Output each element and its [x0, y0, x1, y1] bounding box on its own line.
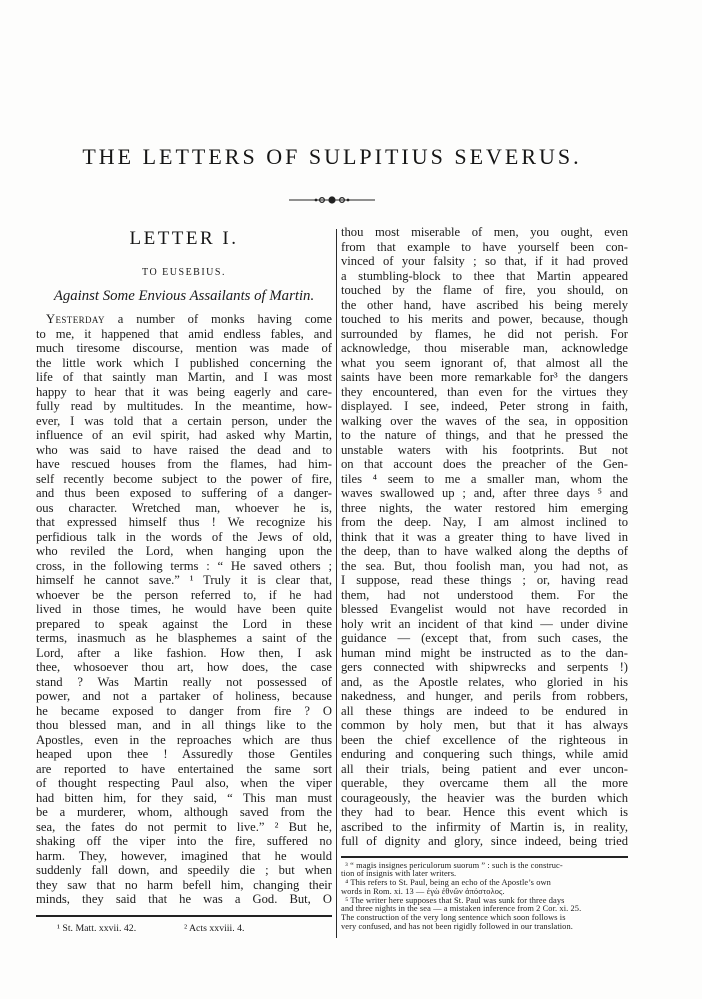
text-line: thou most miserable of men, you ought, e… — [341, 225, 628, 240]
text-line: what you seem ignorant of, that almost a… — [341, 356, 628, 371]
text-line: minds, they said that he was a God. But,… — [36, 892, 332, 907]
text-line: sea, the fates do not permit to live.” ²… — [36, 820, 332, 835]
text-line: three nights, the water restored him eme… — [341, 501, 628, 516]
text-line: power, and not a partaker of holiness, b… — [36, 689, 332, 704]
footnote-line: tion of insignis with later writers. — [341, 870, 628, 879]
text-line: thou blessed man, and in all things like… — [36, 718, 332, 733]
text-line: from the deep. Nay, I am almost inclined… — [341, 515, 628, 530]
text-line: who was said to have raised the dead and… — [36, 443, 332, 458]
left-body-text: Yesterday a number of monks having come … — [36, 312, 332, 907]
left-body-lines: to me, it happened that amid endless fab… — [36, 327, 332, 907]
text-line: had bitten him, for they said, “ This ma… — [36, 791, 332, 806]
text-line: lived in those times, he would have been… — [36, 602, 332, 617]
footnote-line: and three nights in the sea — a mistaken… — [341, 905, 628, 914]
fleuron-divider-icon — [36, 194, 628, 206]
text-line: vinced of your falsity ; so that, if it … — [341, 254, 628, 269]
text-line: that expressed himself thus ! We recogni… — [36, 515, 332, 530]
text-line: blessed Evangelist would not have record… — [341, 602, 628, 617]
text-line: whoever be the person referred to, if he… — [36, 588, 332, 603]
letter-heading: LETTER I. — [36, 228, 332, 250]
left-footnotes: ¹ St. Matt. xxvii. 42. ² Acts xxviii. 4. — [36, 923, 332, 935]
text-line: touched to his merits and power, because… — [341, 312, 628, 327]
book-page: THE LETTERS OF SULPITIUS SEVERUS. LETTER… — [0, 0, 702, 999]
text-line: I suppose, read these things ; or, havin… — [341, 573, 628, 588]
text-line-first: Yesterday a number of monks having come — [36, 312, 332, 327]
text-line: holy writ an incident of that kind — und… — [341, 617, 628, 632]
text-line: on that account does the preacher of the… — [341, 457, 628, 472]
column-divider — [336, 229, 337, 938]
footnote-line: The construction of the very long senten… — [341, 914, 628, 923]
footnote-1: ¹ St. Matt. xxvii. 42. — [57, 923, 136, 935]
text-line: and thus been exposed to suffering of a … — [36, 486, 332, 501]
text-line: a stumbling-block to thee that Martin ap… — [341, 269, 628, 284]
footnote-2: ² Acts xxviii. 4. — [184, 923, 244, 935]
text-line: heaped upon thee ! Assuredly those Genti… — [36, 747, 332, 762]
footnote-line: words in Rom. xi. 13 — ἐγὼ ἐθνῶν ἀπόστολ… — [341, 888, 628, 897]
text-line: guidance — (except that, from such cases… — [341, 631, 628, 646]
text-line: think that it was a greater thing to hav… — [341, 530, 628, 545]
text-line: are reported to have entertained the sam… — [36, 762, 332, 777]
text-line: be a murderer, whom, although saved from… — [36, 805, 332, 820]
text-line: from that example to have yourself been … — [341, 240, 628, 255]
text-line: have rescued houses from the flames, had… — [36, 457, 332, 472]
text-line: ascribed to the infirmity of Martin is, … — [341, 820, 628, 835]
letter-addressee: TO EUSEBIUS. — [36, 267, 332, 278]
text-line: to me, it happened that amid endless fab… — [36, 327, 332, 342]
text-line: all these things are indeed to be endure… — [341, 704, 628, 719]
text-line: walking over the waves of the sea, in op… — [341, 414, 628, 429]
text-line: displayed. I see, indeed, Peter strong i… — [341, 399, 628, 414]
text-line: perfidious talk in the words of the Jews… — [36, 530, 332, 545]
footnote-line: ³ “ magis insignes periculorum suorum ” … — [341, 862, 628, 871]
text-line: acknowledge, thou miserable man, acknowl… — [341, 341, 628, 356]
text-line: gers connected with shipwrecks and serpe… — [341, 660, 628, 675]
text-line: ever, I was told that a certain person, … — [36, 414, 332, 429]
text-line: waves swallowed up ; and, after three da… — [341, 486, 628, 501]
text-line: them, had not understood them. For the — [341, 588, 628, 603]
text-line: saints have been more remarkable for³ th… — [341, 370, 628, 385]
left-column: LETTER I. TO EUSEBIUS. Against Some Envi… — [36, 228, 332, 935]
text-line: to the nature of things, and that he pre… — [341, 428, 628, 443]
text-line: Apostles, even in the reproaches which a… — [36, 733, 332, 748]
text-line: stand ? Was Martin really not possessed … — [36, 675, 332, 690]
text-line: nakedness, and hunger, and perils from r… — [341, 689, 628, 704]
text-line: they had to bear. Hence this event which… — [341, 805, 628, 820]
letter-subtitle: Against Some Envious Assailants of Marti… — [36, 288, 332, 305]
text-line: the deep, than to have walked along the … — [341, 544, 628, 559]
text-line: they encountered, than even for the virt… — [341, 385, 628, 400]
text-line: much tiresome discourse, mention was mad… — [36, 341, 332, 356]
text-line: human mind might be instructed as to the… — [341, 646, 628, 661]
text-line: touched by the flame of fire, you should… — [341, 283, 628, 298]
text-line: harm. They, however, imagined that he wo… — [36, 849, 332, 864]
footnote-line: ⁵ The writer here supposes that St. Paul… — [341, 897, 628, 906]
text-line: Lord, after a like fashion. How then, I … — [36, 646, 332, 661]
right-body-lines: thou most miserable of men, you ought, e… — [341, 225, 628, 849]
text-line: prepared to speak against the Lord in th… — [36, 617, 332, 632]
text-line: terms, inasmuch as he blasphemes a saint… — [36, 631, 332, 646]
first-line-rest: a number of monks having come — [105, 312, 332, 326]
text-line: ous character. Wretched man, whoever he … — [36, 501, 332, 516]
text-line: all their trials, being patient and ever… — [341, 762, 628, 777]
text-line: he became exposed to danger from fire ? … — [36, 704, 332, 719]
lead-word: Yesterday — [46, 312, 105, 326]
text-line: querable, they overcame them all the mor… — [341, 776, 628, 791]
text-line: happy to hear that it was being eagerly … — [36, 385, 332, 400]
text-line: common by holy men, but that it has alwa… — [341, 718, 628, 733]
text-line: courageously, the heavier was the burden… — [341, 791, 628, 806]
text-line: thee, whosoever thou art, how does, the … — [36, 660, 332, 675]
footnote-line: ⁴ This refers to St. Paul, being an echo… — [341, 879, 628, 888]
right-footnote-rule — [341, 856, 628, 858]
text-line: tiles ⁴ seem to me a smaller man, whom t… — [341, 472, 628, 487]
right-column: thou most miserable of men, you ought, e… — [341, 225, 628, 932]
text-line: suddenly fall down, and speedily die ; b… — [36, 863, 332, 878]
text-line: surrounded by flames, he did not perish.… — [341, 327, 628, 342]
text-line: of thought respecting Paul also, when th… — [36, 776, 332, 791]
text-line: the other hand, have ascribed his being … — [341, 298, 628, 313]
text-line: who reviled the Lord, when hanging upon … — [36, 544, 332, 559]
text-line: influence of an evil spirit, had asked w… — [36, 428, 332, 443]
text-line: enduring and conquering such things, whi… — [341, 747, 628, 762]
text-line: and, as the Apostle relates, who gloried… — [341, 675, 628, 690]
text-line: the little work which I published concer… — [36, 356, 332, 371]
text-line: been the chief excellence of the righteo… — [341, 733, 628, 748]
text-line: fully read by multitudes. In the meantim… — [36, 399, 332, 414]
text-line: himself he cannot save.” ¹ Truly it is c… — [36, 573, 332, 588]
text-line: cross, in the following terms : “ He sav… — [36, 559, 332, 574]
left-footnote-rule — [36, 915, 332, 917]
footnote-line: very confused, and has not been rigidly … — [341, 923, 628, 932]
text-line: self recently become subject to the powe… — [36, 472, 332, 487]
page-title: THE LETTERS OF SULPITIUS SEVERUS. — [36, 144, 628, 170]
text-line: they saw that no harm befell him, changi… — [36, 878, 332, 893]
text-line: life of that saintly man Martin, and I w… — [36, 370, 332, 385]
text-line: full of dignity and glory, since indeed,… — [341, 834, 628, 849]
text-line: the sea. But, thou foolish man, you had … — [341, 559, 628, 574]
text-line: shaking off the viper into the fire, suf… — [36, 834, 332, 849]
text-line: unstable waters with his footprints. But… — [341, 443, 628, 458]
right-footnotes: ³ “ magis insignes periculorum suorum ” … — [341, 862, 628, 932]
